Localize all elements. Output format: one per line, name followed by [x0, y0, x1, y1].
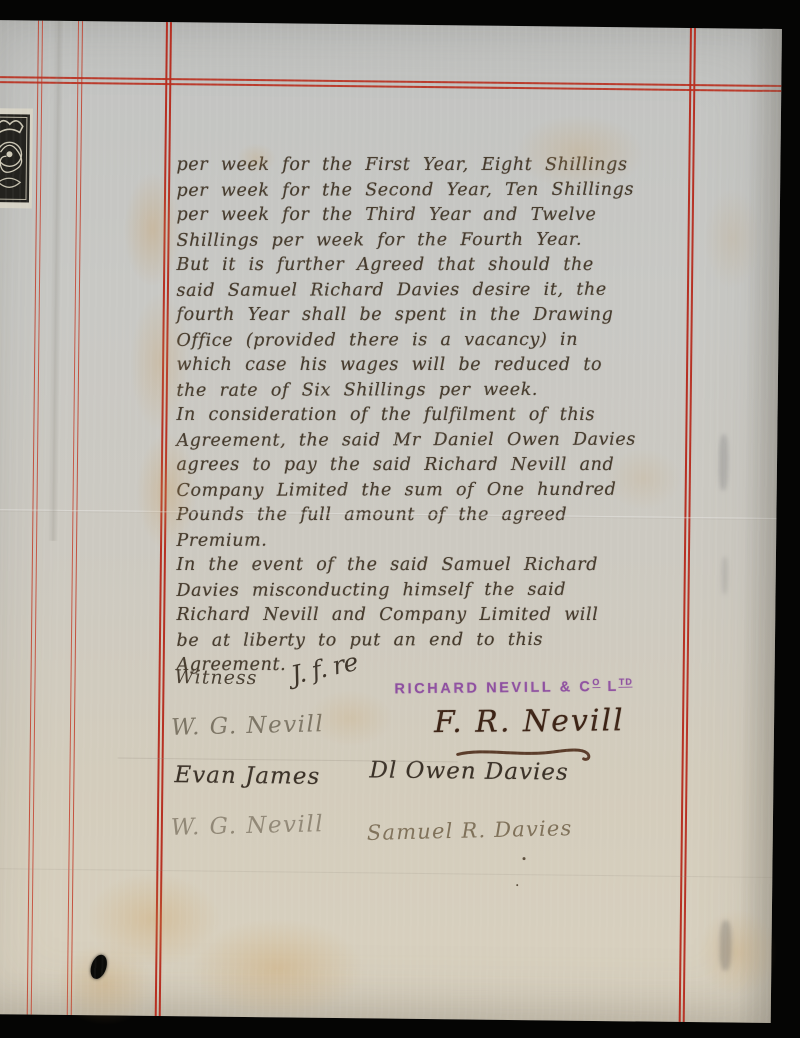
- smudge-right-1: [719, 434, 729, 490]
- right-edge-shading: [737, 29, 782, 1023]
- smudge-right-2: [722, 556, 728, 594]
- stain-right-margin: [703, 188, 762, 289]
- signature-f-r-nevill: F. R. Nevill: [434, 703, 625, 740]
- stamp-text-2: L: [607, 679, 619, 695]
- parchment-page: per week for the First Year, Eight Shill…: [0, 20, 782, 1023]
- signature-witness-faint-1: W. G. Nevill: [171, 711, 325, 741]
- handwriting-line: Premium.: [176, 527, 692, 553]
- company-rubber-stamp: RICHARD NEVILL & COLTD: [394, 677, 633, 698]
- handwriting-line: Agreement, the said Mr Daniel Owen Davie…: [176, 427, 692, 453]
- handwriting-line: In consideration of the fulfilment of th…: [177, 403, 693, 428]
- handwriting-line: Office (provided there is a vacancy) in: [176, 327, 692, 353]
- stain-left-1: [123, 172, 182, 288]
- handwriting-line: the rate of Six Shillings per week.: [176, 377, 692, 403]
- stain-bottom-2: [190, 917, 366, 1019]
- stamp-text: RICHARD NEVILL & C: [394, 679, 592, 697]
- signature-d-owen-davies: Dl Owen Davies: [369, 757, 569, 785]
- handwriting-line: fourth Year shall be spent in the Drawin…: [177, 303, 693, 328]
- scanned-document-photo: { "document": { "description": "Handwrit…: [0, 0, 800, 1038]
- signature-samuel-r-davies: Samuel R. Davies: [367, 816, 573, 845]
- handwriting-line: which case his wages will be reduced to: [177, 353, 693, 378]
- handwriting-line: said Samuel Richard Davies desire it, th…: [176, 277, 692, 303]
- handwriting-line: In the event of the said Samuel Richard: [177, 553, 693, 578]
- handwriting-line: Shillings per week for the Fourth Year.: [176, 227, 692, 253]
- vertical-crease: [48, 21, 64, 541]
- signature-witness-faint-2: W. G. Nevill: [171, 811, 325, 841]
- handwritten-body-text: per week for the First Year, Eight Shill…: [177, 153, 693, 678]
- handwriting-line: Davies misconducting himself the said: [176, 577, 692, 603]
- witness-label: Witness: [174, 666, 257, 689]
- ink-dot-1: [523, 857, 526, 860]
- smudge-right-3: [719, 920, 732, 970]
- signature-evan-james: Evan James: [174, 762, 320, 790]
- stamp-sup-o: O: [592, 677, 600, 688]
- stain-bottom-right: [697, 908, 778, 997]
- handwriting-line: per week for the Third Year and Twelve: [177, 203, 693, 228]
- handwriting-line: per week for the Second Year, Ten Shilli…: [176, 177, 692, 203]
- stain-bottom-1: [85, 871, 221, 968]
- stamp-sup-td: TD: [619, 677, 633, 688]
- embossed-revenue-stamp: [0, 108, 33, 213]
- handwriting-line: per week for the First Year, Eight Shill…: [177, 153, 693, 178]
- handwriting-line: But it is further Agreed that should the: [177, 253, 693, 278]
- handwriting-line: Richard Nevill and Company Limited will: [177, 603, 693, 628]
- handwriting-line: Company Limited the sum of One hundred: [176, 477, 692, 503]
- handwriting-line: be at liberty to put an end to this: [176, 627, 692, 653]
- handwriting-line: agrees to pay the said Richard Nevill an…: [177, 453, 693, 478]
- header-rule-line-b: [0, 81, 781, 92]
- handwriting-line: Pounds the full amount of the agreed: [177, 503, 693, 528]
- punch-hole: [88, 953, 110, 981]
- fold-crease-3: [0, 868, 772, 878]
- ink-dot-2: [516, 884, 518, 886]
